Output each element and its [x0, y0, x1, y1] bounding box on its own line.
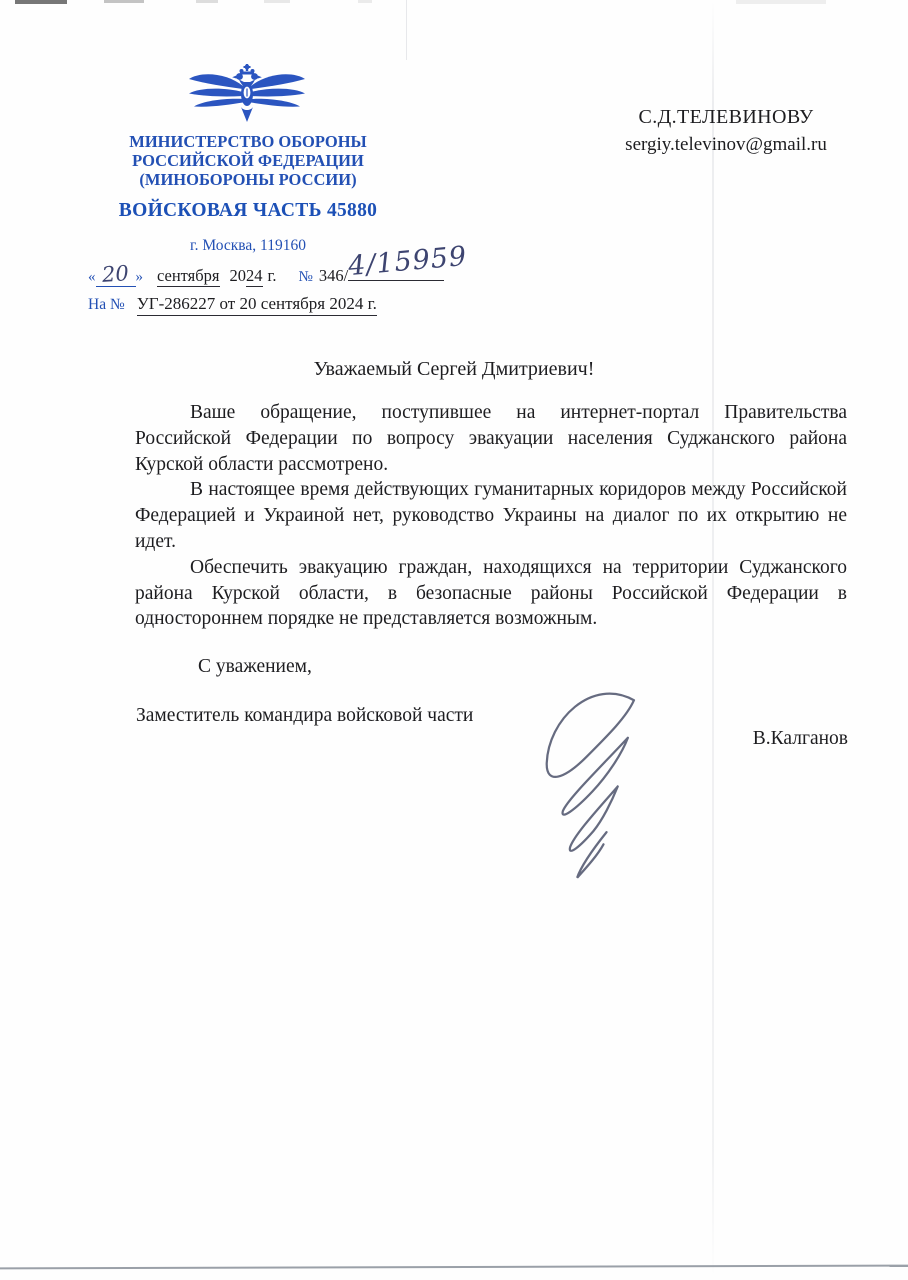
- scan-fold-line: [406, 0, 407, 60]
- handwritten-day: 20: [101, 261, 129, 287]
- reply-reference-line: На № УГ-286227 от 20 сентября 2024 г.: [88, 294, 377, 316]
- valediction: С уважением,: [198, 656, 312, 678]
- body-paragraph: Ваше обращение, поступившее на интернет-…: [135, 400, 847, 477]
- scan-smudge: [196, 0, 218, 3]
- reply-reference-value: УГ-286227 от 20 сентября 2024 г.: [137, 294, 377, 316]
- military-unit-title: ВОЙСКОВАЯ ЧАСТЬ 45880: [88, 200, 408, 222]
- recipient-name: С.Д.ТЕЛЕВИНОВУ: [600, 106, 852, 129]
- number-blank: 4/15959: [348, 262, 444, 281]
- scan-smudge: [736, 0, 826, 4]
- signer-title: Заместитель командира войсковой части: [136, 705, 473, 727]
- reply-label: На №: [88, 296, 125, 314]
- body-paragraph: В настоящее время действующих гуманитарн…: [135, 477, 847, 554]
- scan-smudge: [104, 0, 144, 3]
- month-field: сентября: [157, 266, 220, 287]
- salutation: Уважаемый Сергей Дмитриевич!: [0, 358, 908, 381]
- year-prefix: 20: [230, 266, 247, 286]
- ministry-name-block: МИНИСТЕРСТВО ОБОРОНЫ РОССИЙСКОЙ ФЕДЕРАЦИ…: [88, 132, 408, 189]
- recipient-email: sergiy.televinov@gmail.ru: [600, 134, 852, 156]
- signer-name: В.Калганов: [700, 728, 848, 750]
- day-blank: 20: [96, 262, 136, 287]
- ministry-eagle-emblem-icon: [186, 62, 308, 126]
- scan-edge-line: [0, 1265, 908, 1270]
- recipient-block: С.Д.ТЕЛЕВИНОВУ sergiy.televinov@gmail.ru: [600, 106, 852, 156]
- year-era: г.: [268, 266, 277, 286]
- quote-close: »: [136, 269, 144, 286]
- year-suffix: 24: [246, 266, 263, 287]
- ministry-line: (МИНОБОРОНЫ РОССИИ): [88, 170, 408, 189]
- ministry-line: РОССИЙСКОЙ ФЕДЕРАЦИИ: [88, 151, 408, 170]
- ministry-line: МИНИСТЕРСТВО ОБОРОНЫ: [88, 132, 408, 151]
- scan-smudge: [15, 0, 67, 4]
- quote-open: «: [88, 269, 96, 286]
- body-paragraph: Обеспечить эвакуацию граждан, находящихс…: [135, 555, 847, 632]
- date-number-line: «20» сентября 2024 г. № 346/4/15959: [88, 262, 444, 287]
- handwritten-signature: [533, 685, 671, 893]
- letter-body: Ваше обращение, поступившее на интернет-…: [135, 400, 847, 632]
- scan-fold-line: [712, 0, 714, 1280]
- scan-smudge: [358, 0, 372, 3]
- scanned-letter-page: МИНИСТЕРСТВО ОБОРОНЫ РОССИЙСКОЙ ФЕДЕРАЦИ…: [0, 0, 908, 1280]
- scan-smudge: [264, 0, 290, 3]
- number-sign: №: [299, 269, 313, 286]
- outgoing-number-typed: 346/: [319, 266, 348, 286]
